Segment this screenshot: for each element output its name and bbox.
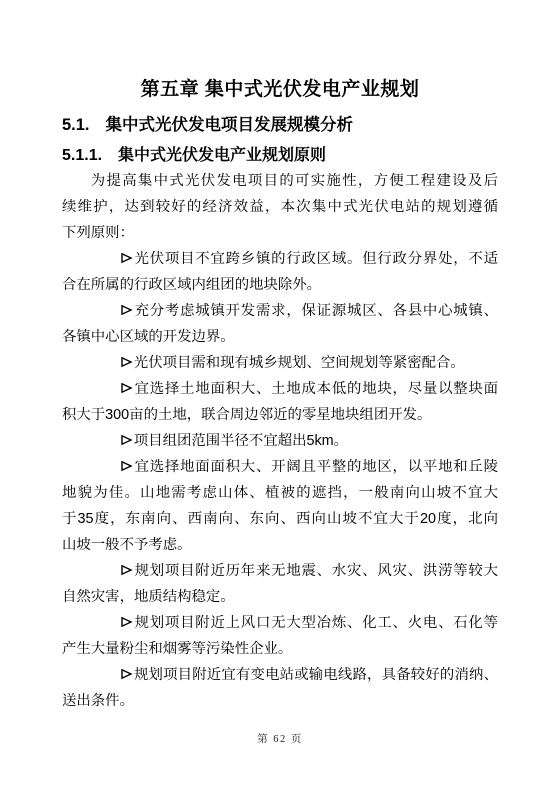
document-content: 第五章 集中式光伏发电产业规划 5.1.集中式光伏发电项目发展规模分析 5.1.… — [0, 0, 560, 714]
subsection-label: 集中式光伏发电产业规划原则 — [118, 147, 326, 164]
page-number: 第 62 页 — [257, 734, 303, 745]
bullet-continuation-line: 合在所属的行政区域内组团的地块除外。 — [62, 272, 498, 298]
bullet-continuation-line: 自然灾害，地质结构稳定。 — [62, 584, 498, 610]
bullet-line: 规划项目附近上风口无大型冶炼、化工、火电、石化等 — [62, 610, 498, 636]
bullet-text: 项目组团范围半径不宜超出5km。 — [134, 433, 348, 449]
bullet-arrow-icon — [91, 298, 104, 324]
section-heading: 5.1.集中式光伏发电项目发展规模分析 — [62, 114, 498, 137]
bullet-line: 规划项目附近历年来无地震、水灾、风灾、洪涝等较大 — [62, 558, 498, 584]
bullet-item: 规划项目附近历年来无地震、水灾、风灾、洪涝等较大 自然灾害，地质结构稳定。 — [62, 558, 498, 610]
document-page: 第五章 集中式光伏发电产业规划 5.1.集中式光伏发电项目发展规模分析 5.1.… — [0, 0, 560, 792]
bullet-item: 光伏项目不宜跨乡镇的行政区域。但行政分界处，不适 合在所属的行政区域内组团的地块… — [62, 246, 498, 298]
intro-paragraph: 为提高集中式光伏发电项目的可实施性，方便工程建设及后 续维护，达到较好的经济效益… — [62, 168, 498, 246]
bullet-continuation-line: 产生大量粉尘和烟雾等污染性企业。 — [62, 636, 498, 662]
bullet-item: 充分考虑城镇开发需求，保证源城区、各县中心城镇、 各镇中心区域的开发边界。 — [62, 298, 498, 350]
bullet-text: 充分考虑城镇开发需求，保证源城区、各县中心城镇、 — [134, 303, 498, 319]
bullet-text: 规划项目附近历年来无地震、水灾、风灾、洪涝等较大 — [134, 563, 498, 579]
bullet-item: 项目组团范围半径不宜超出5km。 — [62, 428, 498, 454]
bullet-continuation-line: 山坡一般不予考虑。 — [62, 532, 498, 558]
bullet-text: 宜选择土地面积大、土地成本低的地块，尽量以整块面 — [134, 381, 498, 397]
bullet-arrow-icon — [91, 454, 104, 480]
bullet-text: 规划项目附近宜有变电站或输电线路，具备较好的消纳、 — [134, 667, 498, 683]
bullet-continuation-line: 地貌为佳。山地需考虑山体、植被的遮挡，一般南向山坡不宜大 — [62, 480, 498, 506]
bullet-text: 光伏项目不宜跨乡镇的行政区域。但行政分界处，不适 — [134, 251, 498, 267]
bullet-line: 宜选择土地面积大、土地成本低的地块，尽量以整块面 — [62, 376, 498, 402]
text-line: 续维护，达到较好的经济效益，本次集中式光伏电站的规划遵循 — [62, 194, 498, 220]
subsection-heading: 5.1.1.集中式光伏发电产业规划原则 — [62, 144, 498, 167]
bullet-line: 充分考虑城镇开发需求，保证源城区、各县中心城镇、 — [62, 298, 498, 324]
bullet-arrow-icon — [91, 428, 104, 454]
bullet-item: 光伏项目需和现有城乡规划、空间规划等紧密配合。 — [62, 350, 498, 376]
bullet-continuation-line: 积大于300亩的土地，联合周边邻近的零星地块组团开发。 — [62, 402, 498, 428]
page-footer: 第 62 页 — [0, 731, 560, 746]
bullet-line: 宜选择地面面积大、开阔且平整的地区，以平地和丘陵 — [62, 454, 498, 480]
text-line: 为提高集中式光伏发电项目的可实施性，方便工程建设及后 — [62, 168, 498, 194]
bullet-text: 光伏项目需和现有城乡规划、空间规划等紧密配合。 — [134, 355, 465, 371]
section-number: 5.1. — [62, 116, 90, 134]
bullet-item: 规划项目附近上风口无大型冶炼、化工、火电、石化等 产生大量粉尘和烟雾等污染性企业… — [62, 610, 498, 662]
bullet-item: 规划项目附近宜有变电站或输电线路，具备较好的消纳、 送出条件。 — [62, 662, 498, 714]
bullet-arrow-icon — [91, 558, 104, 584]
document-body: 为提高集中式光伏发电项目的可实施性，方便工程建设及后 续维护，达到较好的经济效益… — [62, 168, 498, 714]
bullet-line: 规划项目附近宜有变电站或输电线路，具备较好的消纳、 — [62, 662, 498, 688]
bullet-item: 宜选择地面面积大、开阔且平整的地区，以平地和丘陵 地貌为佳。山地需考虑山体、植被… — [62, 454, 498, 558]
bullet-line: 光伏项目需和现有城乡规划、空间规划等紧密配合。 — [62, 350, 498, 376]
chapter-title: 第五章 集中式光伏发电产业规划 — [62, 0, 498, 104]
subsection-number: 5.1.1. — [62, 147, 102, 164]
bullet-line: 项目组团范围半径不宜超出5km。 — [62, 428, 498, 454]
bullet-text: 规划项目附近上风口无大型冶炼、化工、火电、石化等 — [134, 615, 498, 631]
text-line: 下列原则： — [62, 220, 498, 246]
bullet-arrow-icon — [91, 610, 104, 636]
bullet-continuation-line: 于35度，东南向、西南向、东向、西向山坡不宜大于20度，北向 — [62, 506, 498, 532]
bullet-arrow-icon — [91, 246, 104, 272]
bullet-arrow-icon — [91, 350, 104, 376]
bullet-continuation-line: 各镇中心区域的开发边界。 — [62, 324, 498, 350]
section-label: 集中式光伏发电项目发展规模分析 — [106, 116, 354, 134]
bullet-arrow-icon — [91, 662, 104, 688]
bullet-line: 光伏项目不宜跨乡镇的行政区域。但行政分界处，不适 — [62, 246, 498, 272]
bullet-text: 宜选择地面面积大、开阔且平整的地区，以平地和丘陵 — [134, 459, 498, 475]
bullet-arrow-icon — [91, 376, 104, 402]
bullet-continuation-line: 送出条件。 — [62, 688, 498, 714]
bullet-item: 宜选择土地面积大、土地成本低的地块，尽量以整块面 积大于300亩的土地，联合周边… — [62, 376, 498, 428]
